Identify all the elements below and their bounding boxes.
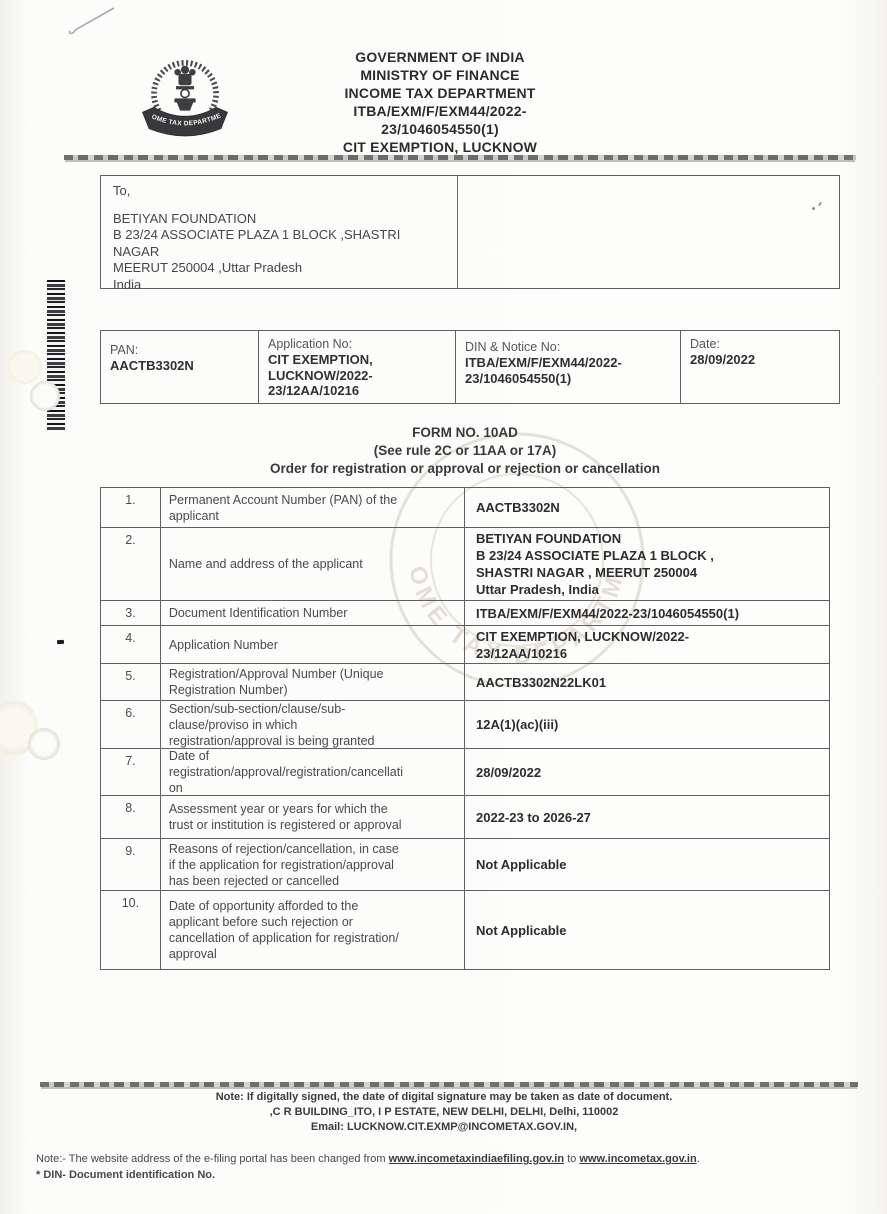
form-title: FORM NO. 10AD (See rule 2C or 11AA or 17…	[100, 424, 830, 478]
address-line: MEERUT 250004 ,Uttar Pradesh	[113, 260, 443, 277]
row-label: Document Identification Number	[161, 601, 465, 625]
letterhead: GOVERNMENT OF INDIA MINISTRY OF FINANCE …	[240, 48, 640, 156]
row-sno: 1.	[101, 488, 161, 527]
row-label: Reasons of rejection/cancellation, in ca…	[161, 839, 465, 890]
pan-label: PAN:	[110, 343, 249, 358]
letterhead-line: GOVERNMENT OF INDIA	[240, 48, 640, 66]
application-no-label: Application No:	[268, 337, 446, 352]
ink-dash-artifact	[57, 640, 64, 644]
ink-speck	[812, 207, 815, 210]
row-label: Assessment year or years for which the t…	[161, 796, 465, 838]
row-sno: 3.	[101, 601, 161, 625]
address-line: India	[113, 277, 443, 294]
row-value: ITBA/EXM/F/EXM44/2022-23/1046054550(1)	[465, 601, 829, 625]
row-label: Name and address of the applicant	[161, 528, 465, 600]
letterhead-line: CIT EXEMPTION, LUCKNOW	[240, 138, 640, 156]
row-value: BETIYAN FOUNDATION B 23/24 ASSOCIATE PLA…	[465, 528, 829, 600]
row-sno: 2.	[101, 528, 161, 600]
date-value: 28/09/2022	[690, 352, 830, 368]
office-email-line: Email: LUCKNOW.CIT.EXMP@INCOMETAX.GOV.IN…	[64, 1120, 824, 1135]
pan-value: AACTB3302N	[110, 358, 249, 374]
din-notice-cell: DIN & Notice No: ITBA/EXM/F/EXM44/2022- …	[456, 331, 681, 403]
digital-signature-note: Note: If digitally signed, the date of d…	[64, 1090, 824, 1105]
row-label: Application Number	[161, 626, 465, 663]
row-label: Date of opportunity afforded to the appl…	[161, 891, 465, 969]
letterhead-line: INCOME TAX DEPARTMENT	[240, 84, 640, 102]
row-sno: 9.	[101, 839, 161, 890]
row-label: Date of registration/approval/registrati…	[161, 749, 465, 795]
row-label: Section/sub-section/clause/sub- clause/p…	[161, 701, 465, 748]
row-label: Permanent Account Number (PAN) of the ap…	[161, 488, 465, 527]
lion-capital	[174, 66, 195, 111]
row-value: Not Applicable	[465, 891, 829, 969]
footer-notes: Note: If digitally signed, the date of d…	[64, 1090, 824, 1135]
new-portal-link[interactable]: www.incometax.gov.in	[579, 1153, 696, 1165]
row-sno: 10.	[101, 891, 161, 969]
footer-left-notes: Note:- The website address of the e-fili…	[36, 1152, 836, 1183]
table-row: 3. Document Identification Number ITBA/E…	[101, 601, 829, 626]
address-line: BETIYAN FOUNDATION	[113, 211, 443, 228]
row-sno: 6.	[101, 701, 161, 748]
letterhead-line: ITBA/EXM/F/EXM44/2022-	[240, 102, 640, 120]
row-sno: 5.	[101, 664, 161, 700]
row-sno: 8.	[101, 796, 161, 838]
din-notice-label: DIN & Notice No:	[465, 340, 671, 355]
pan-cell: PAN: AACTB3302N	[101, 331, 259, 403]
portal-note-suffix: .	[697, 1153, 700, 1165]
form-rule-reference: (See rule 2C or 11AA or 17A)	[100, 442, 830, 460]
footer-divider	[40, 1082, 858, 1087]
application-no-value: CIT EXEMPTION, LUCKNOW/2022- 23/12AA/102…	[268, 352, 446, 399]
row-value: AACTB3302N	[465, 488, 829, 527]
table-row: 7. Date of registration/approval/registr…	[101, 749, 829, 796]
table-row: 9. Reasons of rejection/cancellation, in…	[101, 839, 829, 891]
table-row: 10. Date of opportunity afforded to the …	[101, 891, 829, 969]
table-row: 1. Permanent Account Number (PAN) of the…	[101, 488, 829, 528]
row-value: AACTB3302N22LK01	[465, 664, 829, 700]
header-divider	[64, 155, 856, 160]
old-portal-link[interactable]: www.incometaxindiaefiling.gov.in	[389, 1153, 564, 1165]
date-label: Date:	[690, 337, 830, 352]
din-notice-value: ITBA/EXM/F/EXM44/2022- 23/1046054550(1)	[465, 355, 671, 386]
punch-hole	[28, 728, 60, 760]
table-row: 6. Section/sub-section/clause/sub- claus…	[101, 701, 829, 749]
row-value: 12A(1)(ac)(iii)	[465, 701, 829, 748]
letterhead-line: MINISTRY OF FINANCE	[240, 66, 640, 84]
office-address-line: ,C R BUILDING_ITO, I P ESTATE, NEW DELHI…	[64, 1105, 824, 1120]
row-value: 28/09/2022	[465, 749, 829, 795]
table-row: 4. Application Number CIT EXEMPTION, LUC…	[101, 626, 829, 664]
address-line: B 23/24 ASSOCIATE PLAZA 1 BLOCK ,SHASTRI…	[113, 227, 443, 260]
letterhead-line: 23/1046054550(1)	[240, 120, 640, 138]
application-no-cell: Application No: CIT EXEMPTION, LUCKNOW/2…	[259, 331, 456, 403]
recipient-address-box: To, BETIYAN FOUNDATION B 23/24 ASSOCIATE…	[100, 175, 840, 289]
row-value: 2022-23 to 2026-27	[465, 796, 829, 838]
row-value: Not Applicable	[465, 839, 829, 890]
punch-hole	[30, 381, 60, 411]
scanned-document-page: INCOME TAX DEPARTMENT GOVERNMENT OF INDI…	[0, 0, 887, 1214]
punch-hole	[8, 350, 42, 384]
pen-tick-mark	[60, 0, 140, 40]
portal-change-note: Note:- The website address of the e-fili…	[36, 1152, 836, 1167]
income-tax-department-emblem-icon: INCOME TAX DEPARTMENT	[136, 48, 234, 152]
form-number: FORM NO. 10AD	[100, 424, 830, 442]
din-definition-note: * DIN- Document identification No.	[36, 1168, 836, 1183]
recipient-box-divider	[457, 176, 458, 288]
row-label: Registration/Approval Number (Unique Reg…	[161, 664, 465, 700]
row-value: CIT EXEMPTION, LUCKNOW/2022- 23/12AA/102…	[465, 626, 829, 663]
recipient-address: To, BETIYAN FOUNDATION B 23/24 ASSOCIATE…	[113, 183, 443, 293]
table-row: 5. Registration/Approval Number (Unique …	[101, 664, 829, 701]
form-order-title: Order for registration or approval or re…	[100, 460, 830, 478]
order-details-table: 1. Permanent Account Number (PAN) of the…	[100, 487, 830, 970]
date-cell: Date: 28/09/2022	[681, 331, 839, 403]
row-sno: 7.	[101, 749, 161, 795]
table-row: 8. Assessment year or years for which th…	[101, 796, 829, 839]
portal-note-prefix: Note:- The website address of the e-fili…	[36, 1153, 389, 1165]
reference-table: PAN: AACTB3302N Application No: CIT EXEM…	[100, 330, 840, 404]
row-sno: 4.	[101, 626, 161, 663]
portal-note-connector: to	[564, 1153, 579, 1165]
table-row: 2. Name and address of the applicant BET…	[101, 528, 829, 601]
salutation: To,	[113, 183, 443, 200]
